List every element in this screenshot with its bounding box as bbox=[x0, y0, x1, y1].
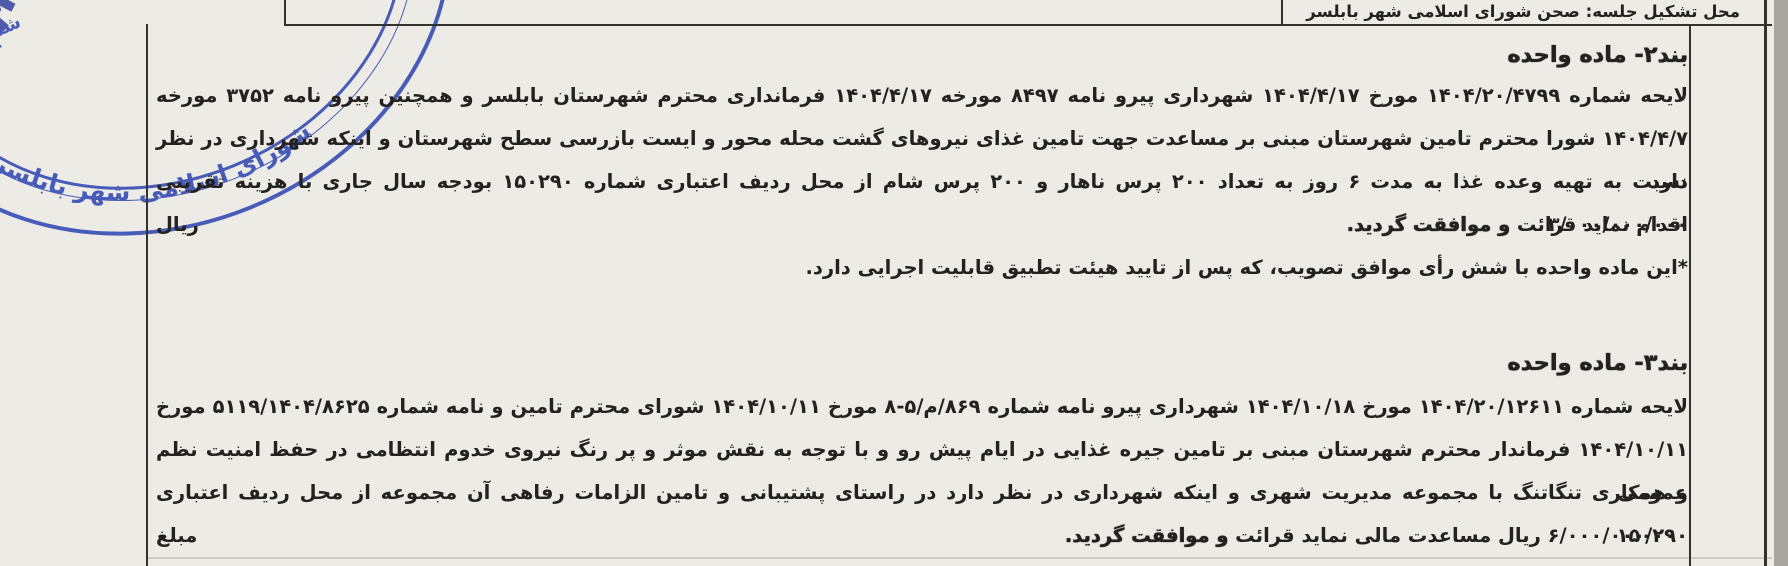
clause2-closing-text: اقدام نماید قرائت bbox=[1510, 213, 1688, 236]
top-row-cell-divider-left bbox=[284, 0, 286, 26]
clause2-line-3: نسبت به تهیه وعده غذا به مدت ۶ روز به تع… bbox=[156, 160, 1688, 203]
clause2-line-2: ۱۴۰۴/۴/۷ شورا محترم تامین شهرستان مبنی ب… bbox=[156, 117, 1688, 160]
header-bottom-rule bbox=[284, 24, 1772, 26]
clause2-heading: بند۲- ماده واحده bbox=[1507, 42, 1688, 68]
bottom-faint-rule bbox=[146, 557, 1772, 559]
clause2-line-1: لایحه شماره ۱۴۰۴/۲۰/۴۷۹۹ مورخ ۱۴۰۴/۴/۱۷ … bbox=[156, 74, 1688, 117]
clause3-line-1: لایحه شماره ۱۴۰۴/۲۰/۱۲۶۱۱ مورخ ۱۴۰۴/۱۰/۱… bbox=[156, 385, 1688, 428]
outer-right-table-border bbox=[1764, 0, 1767, 566]
clause2-vote-note: *این ماده واحده با شش رأی موافق تصویب، ک… bbox=[156, 246, 1688, 289]
clause2-paragraph: لایحه شماره ۱۴۰۴/۲۰/۴۷۹۹ مورخ ۱۴۰۴/۴/۱۷ … bbox=[156, 74, 1688, 289]
clause3-heading: بند۳- ماده واحده bbox=[1507, 350, 1688, 376]
clause3-line-2: ۱۴۰۴/۱۰/۱۱ فرماندار محترم شهرستان مبنی ب… bbox=[156, 428, 1688, 471]
clause3-closing-text: ۶/۰۰۰/۰۰۰/۰۰۰ ریال مساعدت مالی نماید قرا… bbox=[1228, 524, 1688, 547]
scanned-council-minutes-page: شورای اسلامی شهر بابلسر ششم محل تشکیل جل… bbox=[0, 0, 1788, 566]
scanner-edge-strip bbox=[1774, 0, 1788, 566]
top-row-cell-divider-right bbox=[1281, 0, 1283, 26]
clause2-approval-text: و موافقت گردید. bbox=[1346, 213, 1510, 236]
inner-right-table-border bbox=[1689, 24, 1691, 566]
meeting-location-label: محل تشکیل جلسه: صحن شورای اسلامی شهر باب… bbox=[1306, 0, 1740, 24]
clause3-paragraph: لایحه شماره ۱۴۰۴/۲۰/۱۲۶۱۱ مورخ ۱۴۰۴/۱۰/۱… bbox=[156, 385, 1688, 557]
clause3-line-3: و همکاری تنگاتنگ با مجموعه مدیریت شهری و… bbox=[156, 471, 1688, 514]
left-table-border bbox=[146, 24, 148, 566]
clause3-approval-text: و موافقت گردید. bbox=[1065, 524, 1229, 547]
